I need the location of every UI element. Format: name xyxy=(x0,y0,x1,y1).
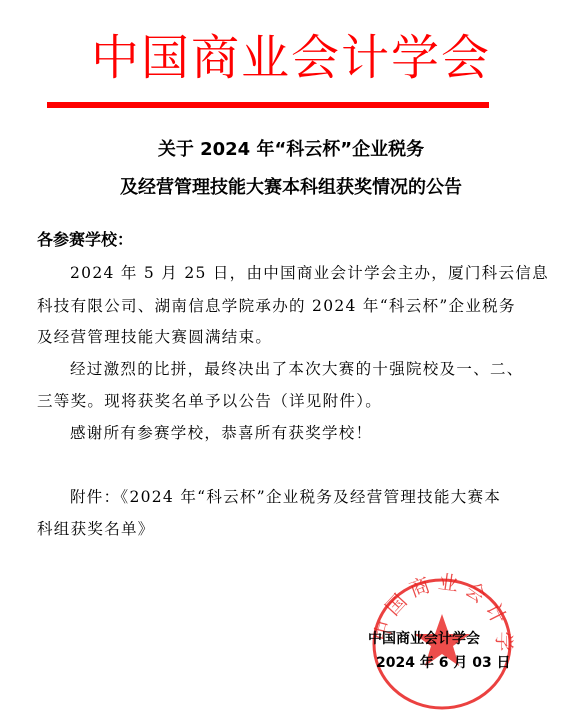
body-line: 2024 年 5 月 25 日，由中国商业会计学会主办，厦门科云信息 xyxy=(70,261,549,285)
letterhead-red-rule xyxy=(47,102,489,108)
body-line: 科技有限公司、湖南信息学院承办的 2024 年“科云杯”企业税务 xyxy=(37,294,516,318)
body-line: 及经营管理技能大赛圆满结束。 xyxy=(37,325,272,349)
body-line: 三等奖。现将获奖名单予以公告（详见附件）。 xyxy=(37,389,382,413)
salutation: 各参赛学校： xyxy=(37,228,133,252)
attachment-line: 附件：《2024 年“科云杯”企业税务及经营管理技能大赛本 xyxy=(70,485,501,509)
attachment-line: 科组获奖名单》 xyxy=(37,517,155,541)
document-title-line-1: 关于 2024 年“科云杯”企业税务 xyxy=(0,138,582,162)
body-line: 经过激烈的比拼，最终决出了本次大赛的十强院校及一、二、 xyxy=(70,357,524,381)
document-title-line-2: 及经营管理技能大赛本科组获奖情况的公告 xyxy=(0,176,582,200)
letterhead-org-name: 中国商业会计学会 xyxy=(0,28,582,88)
body-line: 感谢所有参赛学校，恭喜所有获奖学校！ xyxy=(70,421,372,445)
signature-date: 2024 年 6 月 03 日 xyxy=(376,653,511,673)
signature-org: 中国商业会计学会 xyxy=(368,629,480,649)
